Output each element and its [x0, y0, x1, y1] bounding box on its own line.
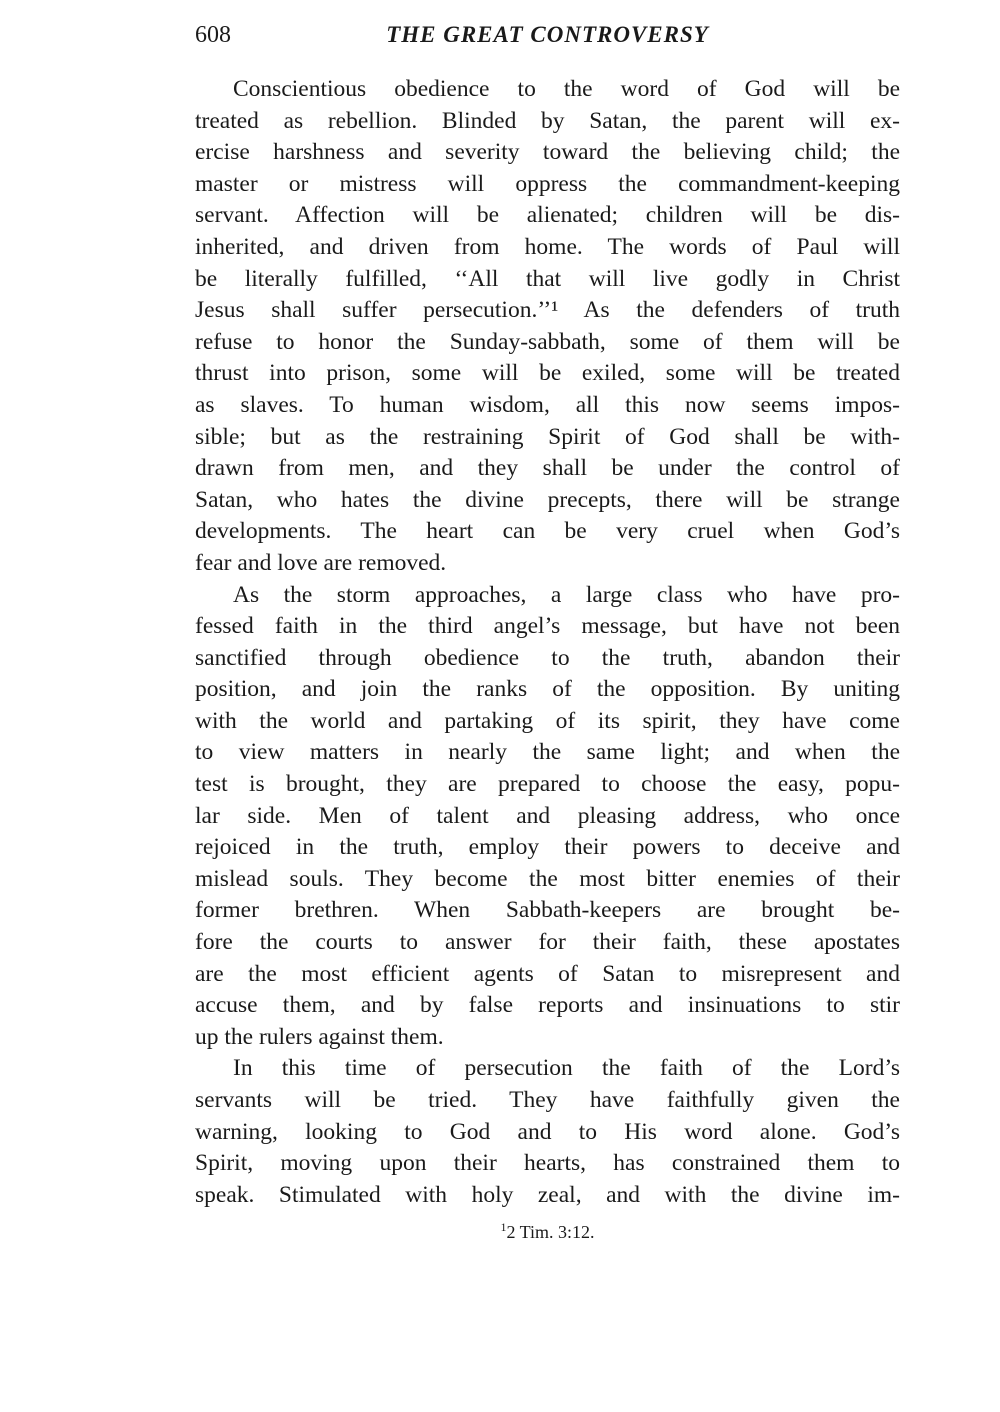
text-line: speak. Stimulated with holy zeal, and wi…: [195, 1180, 900, 1212]
footnote-text: 2 Tim. 3:12.: [506, 1222, 594, 1242]
text-line: servant. Affection will be alienated; ch…: [195, 200, 900, 232]
text-line: former brethren. When Sabbath-keepers ar…: [195, 895, 900, 927]
text-line: fessed faith in the third angel’s messag…: [195, 611, 900, 643]
text-line: treated as rebellion. Blinded by Satan, …: [195, 106, 900, 138]
text-line: sible; but as the restraining Spirit of …: [195, 422, 900, 454]
text-line: Jesus shall suffer persecution.’’¹ As th…: [195, 295, 900, 327]
page-header: 608 THE GREAT CONTROVERSY: [195, 22, 900, 56]
text-line: ercise harshness and severity toward the…: [195, 137, 900, 169]
text-line: In this time of persecution the faith of…: [195, 1053, 900, 1085]
text-line: rejoiced in the truth, employ their powe…: [195, 832, 900, 864]
text-line: developments. The heart can be very crue…: [195, 516, 900, 548]
text-line: servants will be tried. They have faithf…: [195, 1085, 900, 1117]
text-line: Spirit, moving upon their hearts, has co…: [195, 1148, 900, 1180]
text-line: mislead souls. They become the most bitt…: [195, 864, 900, 896]
text-line: warning, looking to God and to His word …: [195, 1117, 900, 1149]
text-line: sanctified through obedience to the trut…: [195, 643, 900, 675]
text-line: fear and love are removed.: [195, 548, 900, 580]
text-line: test is brought, they are prepared to ch…: [195, 769, 900, 801]
text-line: accuse them, and by false reports and in…: [195, 990, 900, 1022]
text-line: As the storm approaches, a large class w…: [195, 580, 900, 612]
text-line: Conscientious obedience to the word of G…: [195, 74, 900, 106]
text-line: are the most efficient agents of Satan t…: [195, 959, 900, 991]
text-line: Satan, who hates the divine precepts, th…: [195, 485, 900, 517]
text-line: inherited, and driven from home. The wor…: [195, 232, 900, 264]
text-line: master or mistress will oppress the comm…: [195, 169, 900, 201]
text-line: thrust into prison, some will be exiled,…: [195, 358, 900, 390]
text-line: position, and join the ranks of the oppo…: [195, 674, 900, 706]
text-line: up the rulers against them.: [195, 1022, 900, 1054]
text-line: drawn from men, and they shall be under …: [195, 453, 900, 485]
running-title: THE GREAT CONTROVERSY: [195, 22, 900, 48]
footnote: 12 Tim. 3:12.: [195, 1220, 900, 1243]
body-text: Conscientious obedience to the word of G…: [195, 74, 900, 1211]
text-line: to view matters in nearly the same light…: [195, 737, 900, 769]
text-line: be literally fulfilled, ‘‘All that will …: [195, 264, 900, 296]
text-line: lar side. Men of talent and pleasing add…: [195, 801, 900, 833]
text-line: as slaves. To human wisdom, all this now…: [195, 390, 900, 422]
text-line: with the world and partaking of its spir…: [195, 706, 900, 738]
text-line: refuse to honor the Sunday-sabbath, some…: [195, 327, 900, 359]
text-line: fore the courts to answer for their fait…: [195, 927, 900, 959]
